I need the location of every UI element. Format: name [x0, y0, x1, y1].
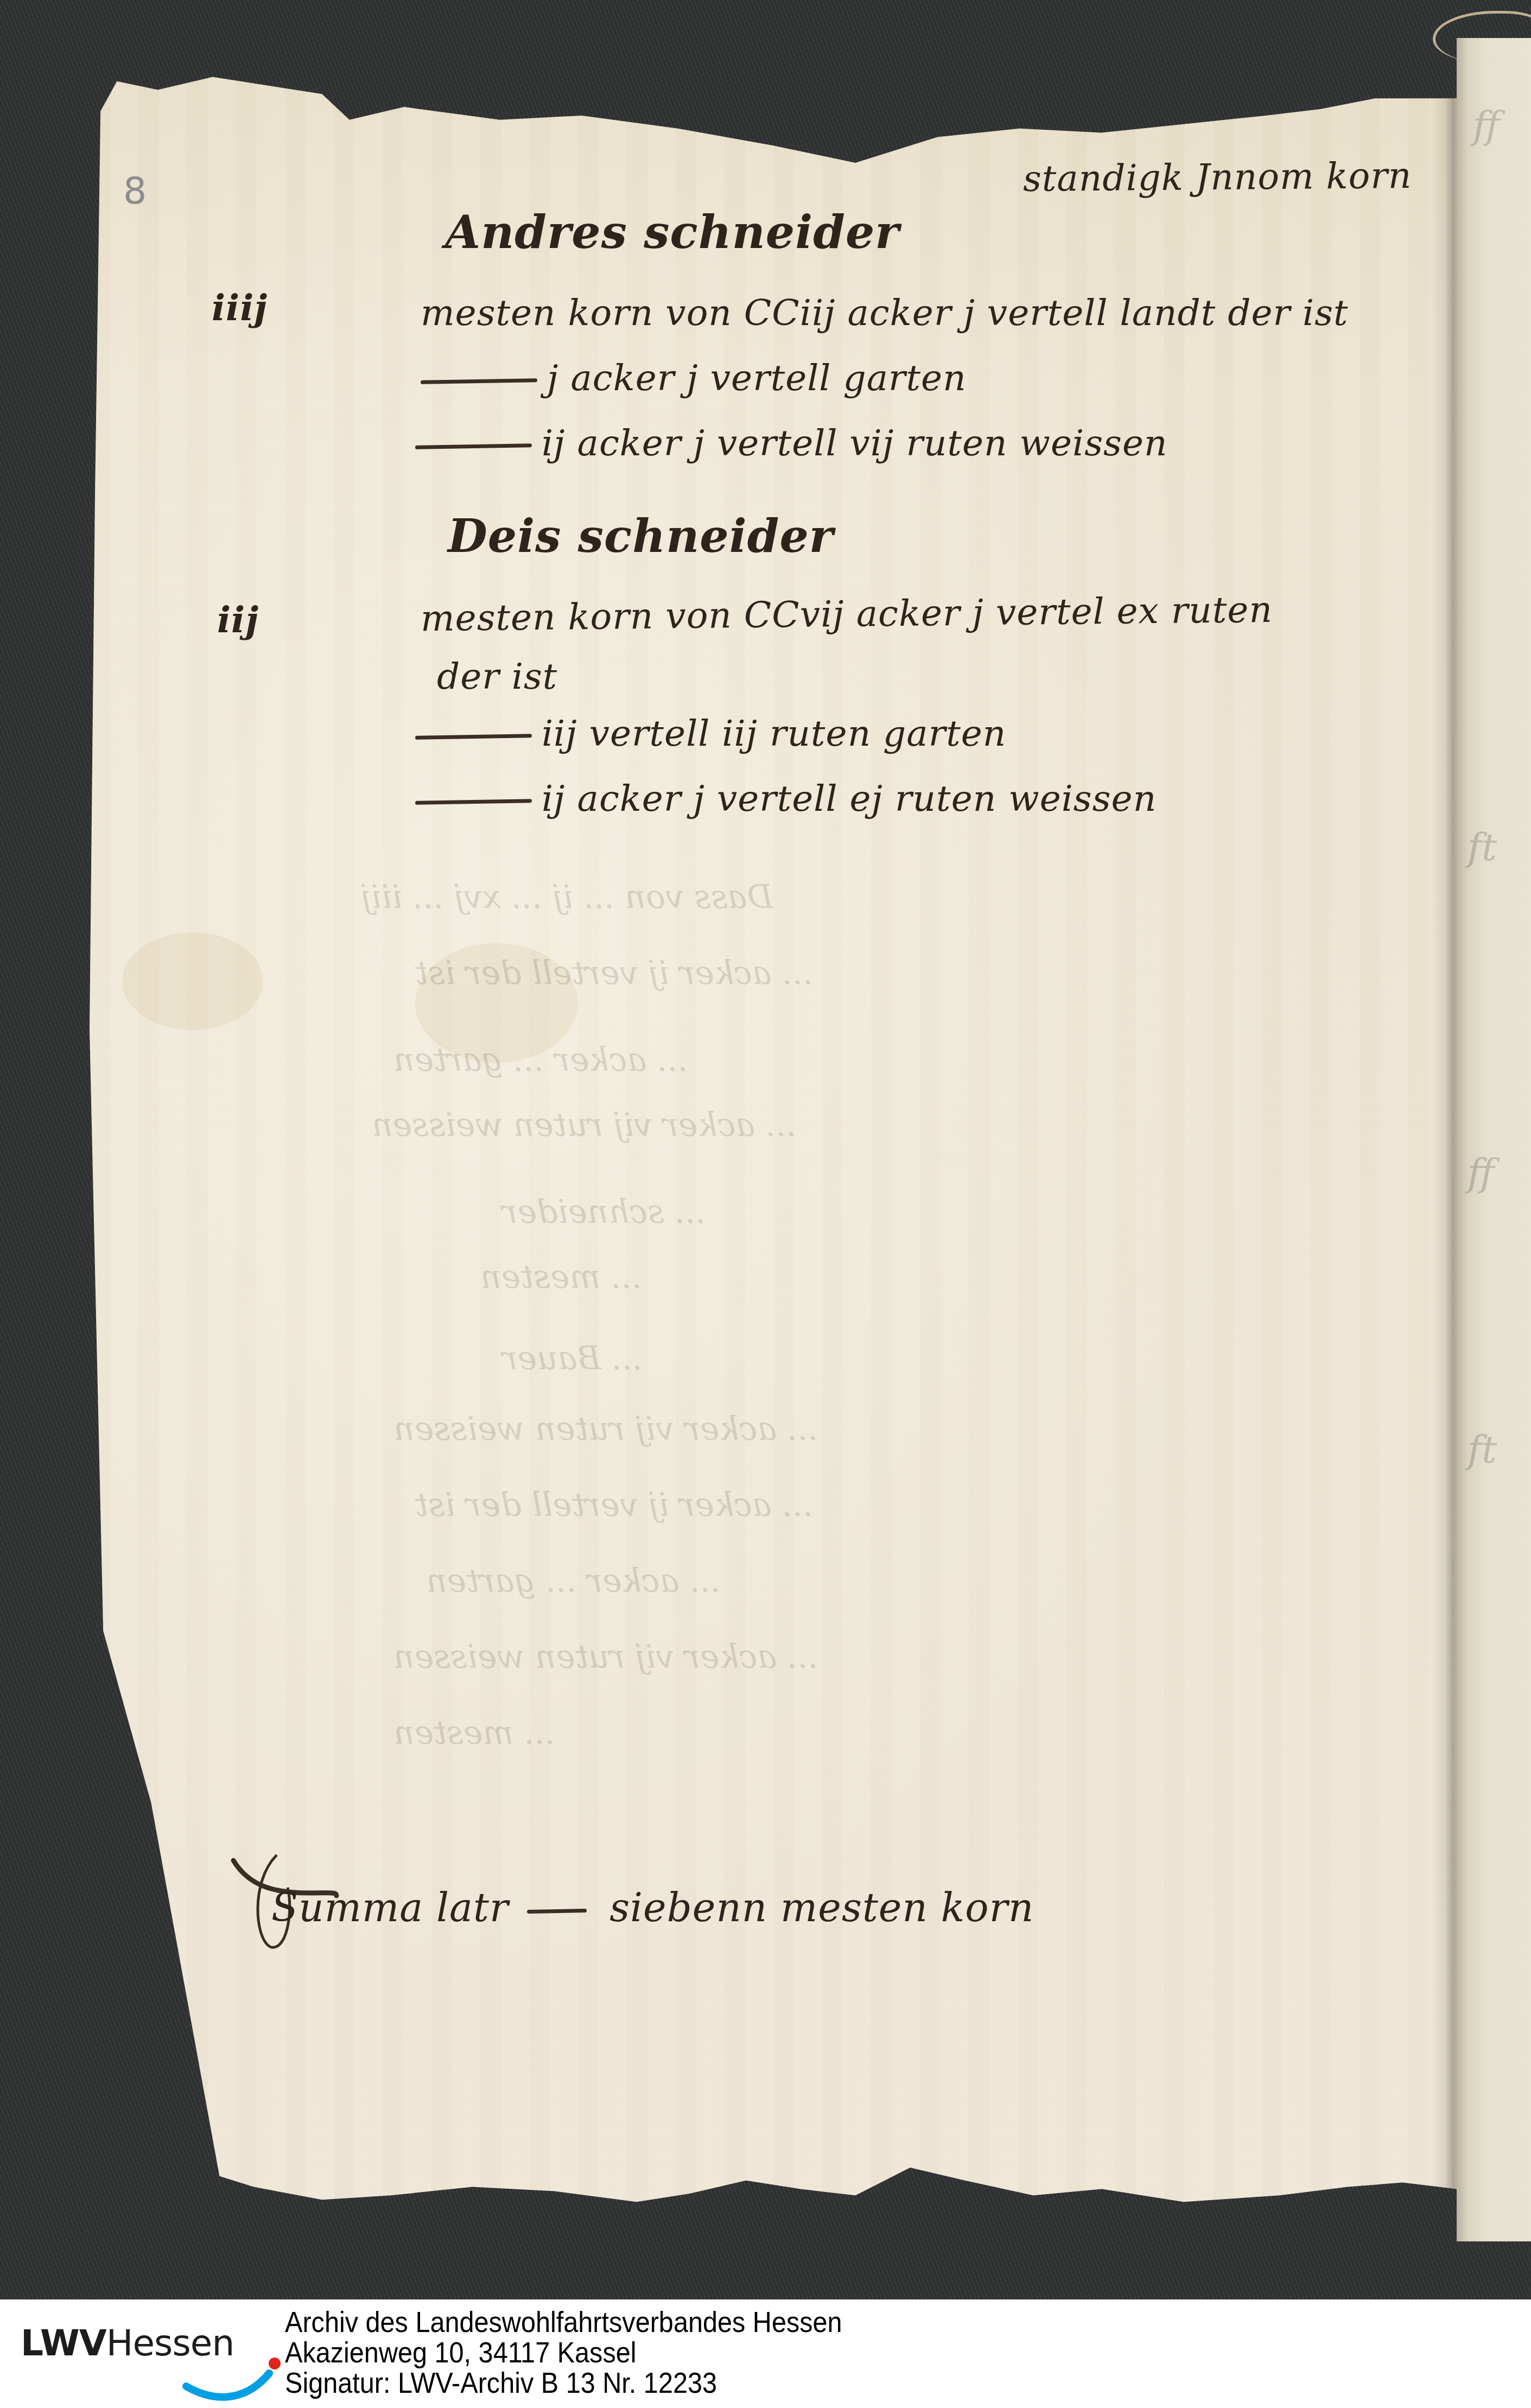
dash-mark — [527, 1909, 587, 1914]
bleed-through-text: ... acker vij ruten weissen — [393, 1638, 818, 1676]
bleed-through-text: Dass von ... ij ... xvj ... iiij — [361, 878, 773, 916]
entry-main-line: mesten korn von CCiij acker j vertell la… — [421, 292, 1349, 334]
entry-sub-line: ij acker j vertell vij ruten weissen — [415, 422, 1168, 464]
dash-mark — [415, 799, 532, 805]
manuscript-page: Dass von ... ij ... xvj ... iiij ... ack… — [90, 64, 1457, 2210]
entry-continuation: der ist — [437, 656, 557, 697]
bleed-through-text: ... acker ij vertell der ist — [415, 1486, 813, 1524]
logo-bold-part: LWV — [21, 2322, 106, 2364]
summa-value: siebenn mesten korn — [609, 1885, 1034, 1930]
entry-name: Andres schneider — [445, 205, 900, 259]
folio-number: 8 — [123, 170, 147, 213]
header-note: standigk Jnnom korn — [1023, 155, 1412, 200]
sub-line-text: iij vertell iij ruten garten — [542, 713, 1006, 754]
entry-sub-line: j acker j vertell garten — [421, 357, 967, 399]
adjacent-page: ff ft ff ft — [1457, 38, 1531, 2241]
bleed-through-text: ... acker vij ruten weissen — [393, 1410, 818, 1448]
adjacent-page-fragment: ft — [1468, 1427, 1497, 1472]
archive-signature: Signatur: LWV-Archiv B 13 Nr. 12233 — [285, 2368, 842, 2398]
summa-line: Summa latr siebenn mesten korn — [271, 1885, 1034, 1930]
sub-line-text: j acker j vertell garten — [547, 357, 967, 399]
bleed-through-text: ... schneider — [502, 1193, 706, 1231]
dash-mark — [415, 734, 532, 740]
archive-address-block: Archiv des Landeswohlfahrtsverbandes Hes… — [285, 2307, 842, 2398]
bleed-through-text: ... acker ... garten — [393, 1041, 688, 1079]
bleed-through-text: ... acker vij ruten weissen — [372, 1106, 797, 1144]
bleed-through-text: ... mesten — [393, 1714, 555, 1752]
dash-mark — [415, 443, 532, 449]
entry-sub-line: iij vertell iij ruten garten — [415, 713, 1006, 754]
page-gutter — [1430, 64, 1457, 2210]
entry-name: Deis schneider — [448, 509, 834, 563]
summa-label: Summa latr — [271, 1885, 509, 1930]
bleed-through-text: ... acker ... garten — [426, 1562, 721, 1600]
bleed-through-text: ... mesten — [480, 1258, 642, 1296]
lwv-hessen-logo: LWVHessen — [21, 2320, 265, 2401]
archive-footer: LWVHessen Archiv des Landeswohlfahrtsver… — [0, 2299, 1531, 2408]
archive-address: Akazienweg 10, 34117 Kassel — [285, 2337, 842, 2368]
adjacent-page-fragment: ff — [1468, 1151, 1495, 1195]
logo-dot-icon — [269, 2358, 281, 2369]
water-stain — [122, 932, 263, 1030]
sub-line-text: ij acker j vertell vij ruten weissen — [542, 422, 1168, 464]
logo-smile-icon — [178, 2353, 287, 2407]
bleed-through-text: ... acker ij vertell der ist — [415, 954, 813, 992]
margin-amount: iiij — [212, 287, 268, 329]
adjacent-page-fragment: ff — [1473, 103, 1500, 148]
entry-main-line: mesten korn von CCvij acker j vertel ex … — [421, 589, 1273, 639]
sub-line-text: ij acker j vertell ej ruten weissen — [542, 778, 1157, 819]
dash-mark — [421, 378, 537, 384]
margin-amount: iij — [217, 599, 259, 641]
entry-sub-line: ij acker j vertell ej ruten weissen — [415, 778, 1157, 819]
bleed-through-text: ... Bauer — [502, 1339, 643, 1377]
archive-name: Archiv des Landeswohlfahrtsverbandes Hes… — [285, 2307, 842, 2337]
adjacent-page-fragment: ft — [1468, 825, 1497, 869]
